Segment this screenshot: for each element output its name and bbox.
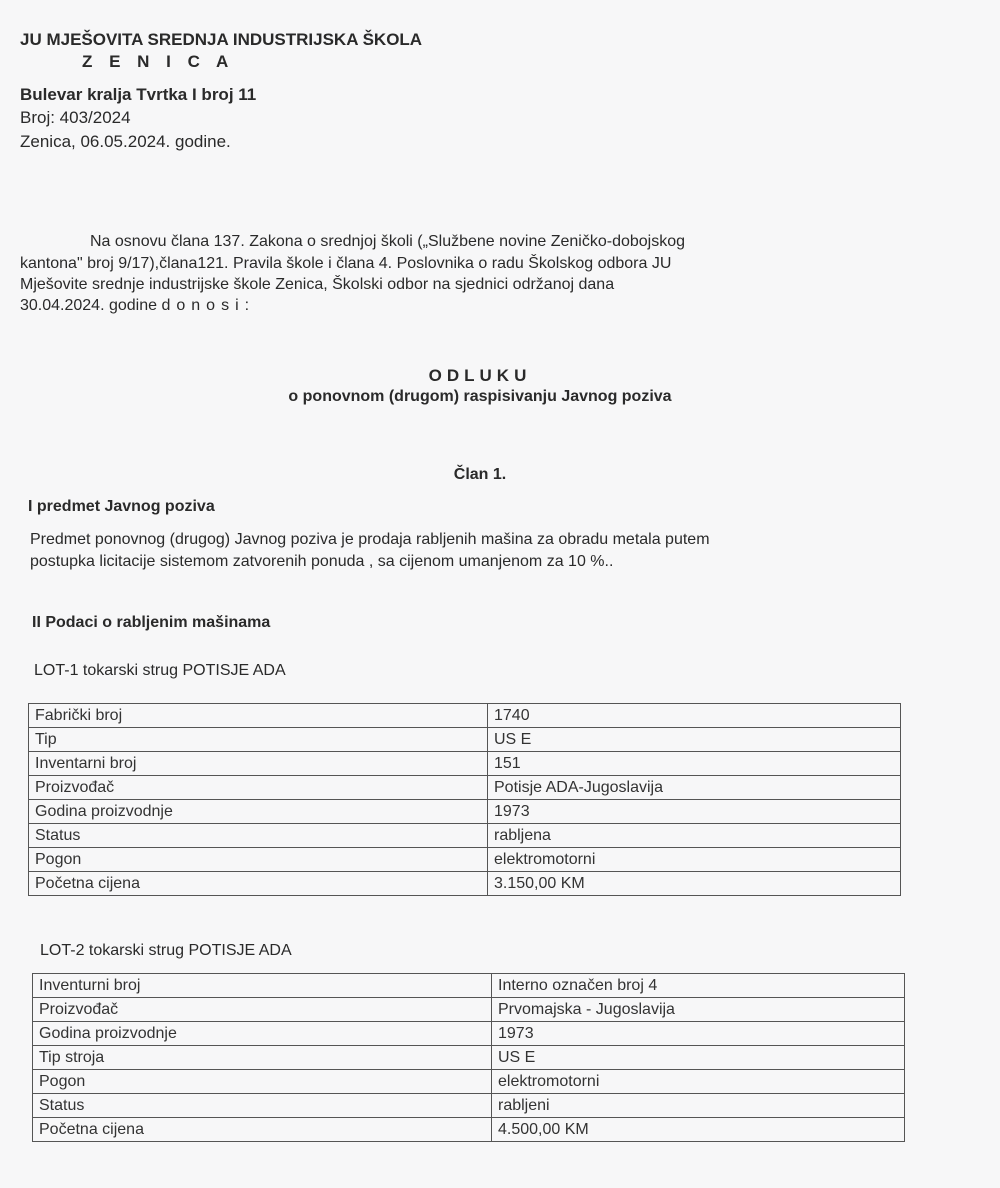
- lot-2-title: LOT-2 tokarski strug POTISJE ADA: [40, 941, 292, 961]
- row-value: 151: [488, 752, 901, 776]
- intro-line-4: 30.04.2024. godine donosi:: [20, 296, 255, 316]
- intro-line-3: Mješovite srednje industrijske škole Zen…: [20, 275, 614, 295]
- table-row: TipUS E: [29, 728, 901, 752]
- row-value: 1740: [488, 704, 901, 728]
- row-label: Početna cijena: [29, 872, 488, 896]
- row-label: Godina proizvodnje: [33, 1022, 492, 1046]
- row-label: Status: [29, 824, 488, 848]
- institution-address: Bulevar kralja Tvrtka I broj 11: [20, 85, 256, 105]
- section-1-text-2: postupka licitacije sistemom zatvorenih …: [30, 552, 613, 572]
- intro-line-2: kantona" broj 9/17),člana121. Pravila šk…: [20, 254, 671, 274]
- row-label: Početna cijena: [33, 1118, 492, 1142]
- section-1-heading: I predmet Javnog poziva: [28, 497, 215, 517]
- row-value: rabljeni: [492, 1094, 905, 1118]
- row-label: Tip stroja: [33, 1046, 492, 1070]
- table-row: Statusrabljena: [29, 824, 901, 848]
- section-1-text-1: Predmet ponovnog (drugog) Javnog poziva …: [30, 530, 710, 550]
- table-row: Godina proizvodnje1973: [29, 800, 901, 824]
- row-label: Tip: [29, 728, 488, 752]
- row-label: Pogon: [29, 848, 488, 872]
- table-row: Pogonelektromotorni: [33, 1070, 905, 1094]
- row-value: 4.500,00 KM: [492, 1118, 905, 1142]
- row-value: Potisje ADA-Jugoslavija: [488, 776, 901, 800]
- table-row: ProizvođačPrvomajska - Jugoslavija: [33, 998, 905, 1022]
- row-value: US E: [492, 1046, 905, 1070]
- table-row: ProizvođačPotisje ADA-Jugoslavija: [29, 776, 901, 800]
- institution-city: Z E N I C A: [82, 52, 234, 72]
- row-label: Pogon: [33, 1070, 492, 1094]
- row-label: Proizvođač: [33, 998, 492, 1022]
- table-row: Inventurni brojInterno označen broj 4: [33, 974, 905, 998]
- row-label: Fabrički broj: [29, 704, 488, 728]
- row-value: rabljena: [488, 824, 901, 848]
- row-value: Prvomajska - Jugoslavija: [492, 998, 905, 1022]
- section-2-heading: II Podaci o rabljenim mašinama: [32, 613, 270, 633]
- row-label: Inventurni broj: [33, 974, 492, 998]
- lot-1-table: Fabrički broj1740TipUS EInventarni broj1…: [28, 703, 901, 896]
- intro-date: 30.04.2024. godine: [20, 297, 161, 314]
- row-label: Godina proizvodnje: [29, 800, 488, 824]
- row-label: Status: [33, 1094, 492, 1118]
- document-date: Zenica, 06.05.2024. godine.: [20, 132, 231, 152]
- row-value: elektromotorni: [492, 1070, 905, 1094]
- table-row: Fabrički broj1740: [29, 704, 901, 728]
- row-value: 3.150,00 KM: [488, 872, 901, 896]
- table-row: Statusrabljeni: [33, 1094, 905, 1118]
- article-heading: Član 1.: [0, 466, 960, 484]
- row-value: elektromotorni: [488, 848, 901, 872]
- intro-line-1: Na osnovu člana 137. Zakona o srednjoj š…: [90, 232, 685, 252]
- table-row: Godina proizvodnje1973: [33, 1022, 905, 1046]
- table-row: Pogonelektromotorni: [29, 848, 901, 872]
- intro-donosi: donosi:: [161, 297, 255, 314]
- table-row: Početna cijena3.150,00 KM: [29, 872, 901, 896]
- lot-1-title: LOT-1 tokarski strug POTISJE ADA: [34, 661, 286, 681]
- table-row: Početna cijena4.500,00 KM: [33, 1118, 905, 1142]
- institution-name: JU MJEŠOVITA SREDNJA INDUSTRIJSKA ŠKOLA: [20, 30, 422, 50]
- document-number: Broj: 403/2024: [20, 108, 131, 128]
- table-row: Inventarni broj151: [29, 752, 901, 776]
- table-row: Tip strojaUS E: [33, 1046, 905, 1070]
- row-label: Inventarni broj: [29, 752, 488, 776]
- row-value: 1973: [488, 800, 901, 824]
- row-value: 1973: [492, 1022, 905, 1046]
- decision-subtitle: o ponovnom (drugom) raspisivanju Javnog …: [0, 388, 960, 406]
- lot-2-table: Inventurni brojInterno označen broj 4Pro…: [32, 973, 905, 1142]
- row-value: Interno označen broj 4: [492, 974, 905, 998]
- row-value: US E: [488, 728, 901, 752]
- row-label: Proizvođač: [29, 776, 488, 800]
- decision-title: ODLUKU: [0, 366, 960, 386]
